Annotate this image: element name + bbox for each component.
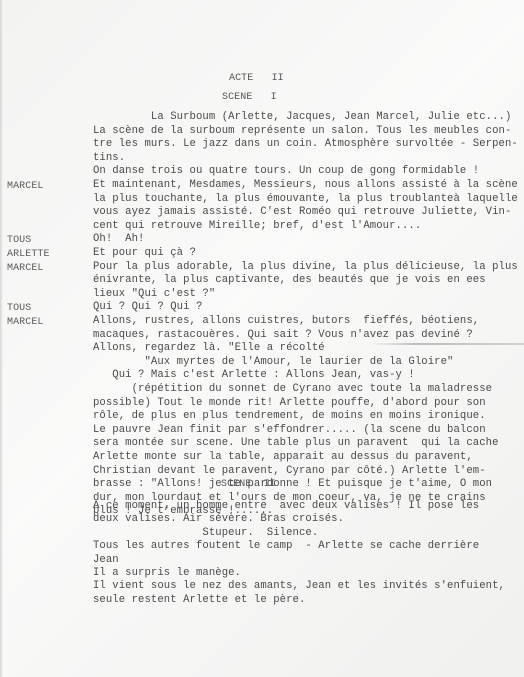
script-line: Allons, rustres, allons cuistres, butors…	[93, 315, 479, 328]
script-line: Christian devant le paravent, Cyrano par…	[93, 465, 486, 478]
script-line: brasse : "Allons! je te pardonne ! Et pu…	[93, 478, 492, 491]
script-line: Arlette monte sur la table, apparait au …	[93, 451, 473, 464]
typewritten-script-page: ACTE II SCENE I La Surboum (Arlette, Jac…	[0, 0, 524, 677]
script-line: vous ayez jamais assisté. C'est Roméo qu…	[93, 206, 511, 219]
script-line: A ce moment, un homme entre avec deux va…	[93, 500, 479, 513]
script-line: rôle, de plus en plus tendrement, de moi…	[93, 410, 486, 423]
script-line: Allons, regardez là. "Elle a récolté	[93, 342, 325, 355]
script-line: sera montée sur scene. Une table plus un…	[93, 437, 499, 450]
paper-crease	[370, 343, 524, 345]
act-heading: ACTE II	[229, 72, 284, 85]
script-line: possible) Tout le monde rit! Arlette pou…	[93, 397, 486, 410]
script-line: macaques, rastacouères. Qui sait ? Vous …	[93, 329, 473, 342]
scene-1-heading: SCENE I	[222, 91, 277, 104]
script-line: énivrante, la plus captivante, des beaut…	[93, 274, 486, 287]
script-line: tre les murs. Le jazz dans un coin. Atmo…	[93, 138, 518, 151]
script-line: Et maintenant, Mesdames, Messieurs, nous…	[93, 179, 518, 192]
script-line: La Surboum (Arlette, Jacques, Jean Marce…	[93, 111, 511, 124]
script-line: Il a surpris le manège.	[93, 567, 241, 580]
script-line: seule restent Arlette et le père.	[93, 594, 305, 607]
script-line: Le pauvre Jean finit par s'effondrer....…	[93, 424, 486, 437]
script-line: lieux "Qui c'est ?"	[93, 288, 215, 301]
script-line: Stupeur. Silence.	[93, 527, 318, 540]
script-line: Il vient sous le nez des amants, Jean et…	[93, 580, 505, 593]
script-line: Jean	[93, 554, 119, 567]
script-line: Tous les autres foutent le camp - Arlett…	[93, 540, 479, 553]
script-line: On danse trois ou quatre tours. Un coup …	[93, 165, 479, 178]
script-line: deux valises. Air sévère. Bras croisés.	[93, 513, 344, 526]
speaker-label: TOUS	[7, 302, 31, 315]
script-line: La scène de la surboum représente un sal…	[93, 125, 511, 138]
script-line: Qui ? Mais c'est Arlette : Allons Jean, …	[93, 369, 415, 382]
speaker-label: MARCEL	[7, 262, 44, 275]
script-line: Et pour qui çà ?	[93, 247, 196, 260]
script-line: "Aux myrtes de l'Amour, le laurier de la…	[93, 356, 454, 369]
speaker-label: TOUS	[7, 234, 31, 247]
scene-2-heading: SCENE II	[221, 478, 276, 491]
script-line: cent qui retrouve Mireille; bref, d'est …	[93, 220, 421, 233]
paper-edge-shadow	[0, 0, 3, 677]
script-line: tins.	[93, 152, 125, 165]
script-line: Pour la plus adorable, la plus divine, l…	[93, 261, 518, 274]
speaker-label: MARCEL	[7, 316, 44, 329]
script-line: Oh! Ah!	[93, 233, 145, 246]
script-line: Qui ? Qui ? Qui ?	[93, 301, 202, 314]
speaker-label: ARLETTE	[7, 248, 50, 261]
speaker-label: MARCEL	[7, 180, 44, 193]
script-line: (répétition du sonnet de Cyrano avec tou…	[93, 383, 492, 396]
script-line: la plus touchante, la plus émouvante, la…	[93, 193, 518, 206]
